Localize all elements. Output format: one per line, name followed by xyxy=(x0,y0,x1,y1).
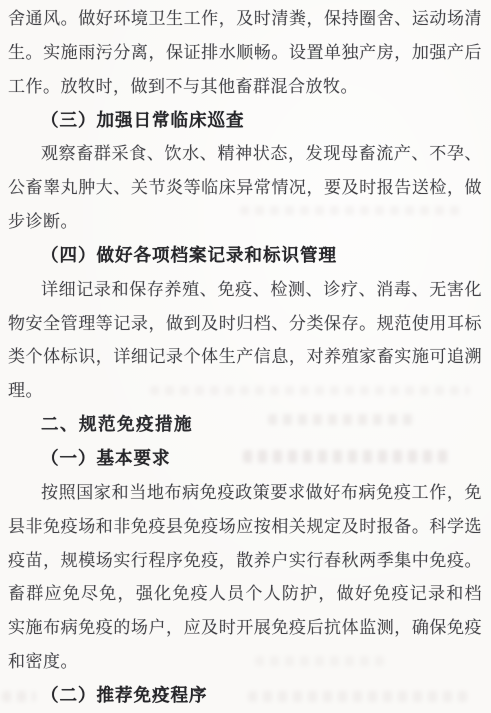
section-heading: （二）推荐免疫程序 xyxy=(8,679,482,713)
text-line: 畜群应免尽免，强化免疫人员个人防护，做好免疫记录和档案。对 xyxy=(8,577,482,611)
text-line: 观察畜群采食、饮水、精神状态，发现母畜流产、不孕、乳腺炎， xyxy=(8,137,482,171)
section-heading: （一）基本要求 xyxy=(8,442,482,476)
section-heading: （四）做好各项档案记录和标识管理 xyxy=(8,239,482,273)
text-line: 按照国家和当地布病免疫政策要求做好布病免疫工作，免疫 xyxy=(8,476,482,510)
section-heading: （三）加强日常临床巡查 xyxy=(8,104,482,138)
document-body: 舍通风。做好环境卫生工作，及时清粪，保持圈舍、运动场清洁卫生。实施雨污分离，保证… xyxy=(8,2,482,713)
text-line: 县非免疫场和非免疫县免疫场应按相关规定及时报备。科学选择 xyxy=(8,510,482,544)
text-line: 疫苗，规模场实行程序免疫，散养户实行春秋两季集中免疫。确保 xyxy=(8,544,482,578)
text-line: 公畜睾丸肿大、关节炎等临床异常情况，要及时报告送检，做进一 xyxy=(8,171,482,205)
text-line: 舍通风。做好环境卫生工作，及时清粪，保持圈舍、运动场清洁卫 xyxy=(8,2,482,36)
text-line: 理。 xyxy=(8,374,482,408)
document-page: 舍通风。做好环境卫生工作，及时清粪，保持圈舍、运动场清洁卫生。实施雨污分离，保证… xyxy=(0,0,491,713)
text-line: 生。实施雨污分离，保证排水顺畅。设置单独产房，加强产后消毒 xyxy=(8,36,482,70)
text-line: 工作。放牧时，做到不与其他畜群混合放牧。 xyxy=(8,70,482,104)
text-line: 步诊断。 xyxy=(8,205,482,239)
text-line: 和密度。 xyxy=(8,645,482,679)
text-line: 详细记录和保存养殖、免疫、检测、诊疗、消毒、无害化处理、生 xyxy=(8,273,482,307)
text-line: 物安全管理等记录，做到及时归档、分类保存。规范使用耳标等各 xyxy=(8,307,482,341)
text-line: 类个体标识，详细记录个体生产信息，对养殖家畜实施可追溯管 xyxy=(8,340,482,374)
section-heading: 二、规范免疫措施 xyxy=(8,408,482,442)
text-line: 实施布病免疫的场户，应及时开展免疫后抗体监测，确保免疫质量 xyxy=(8,611,482,645)
